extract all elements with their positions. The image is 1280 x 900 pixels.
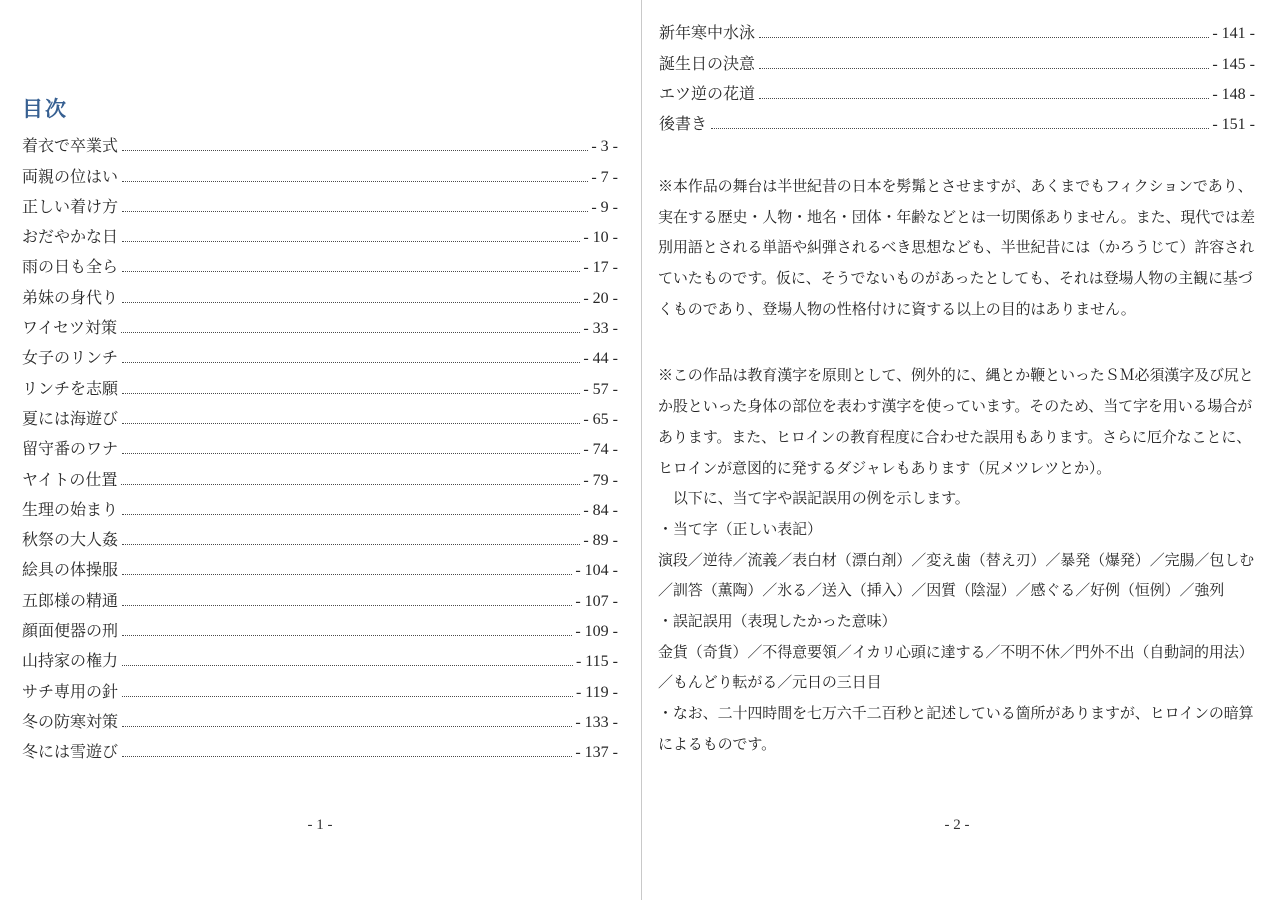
page-divider bbox=[641, 0, 642, 900]
dot-leader bbox=[122, 756, 572, 757]
dot-leader bbox=[121, 484, 580, 485]
dot-leader bbox=[122, 574, 572, 575]
toc-entry[interactable]: 夏には海遊び - 65 - bbox=[22, 399, 618, 429]
toc-entry-title: 着衣で卒業式 bbox=[22, 133, 118, 156]
toc-entry-title: 両親の位はい bbox=[22, 164, 118, 187]
toc-entry-title: 正しい着け方 bbox=[22, 194, 118, 217]
toc-entry[interactable]: おだやかな日 - 10 - bbox=[22, 217, 618, 247]
toc-entry-page: - 151 - bbox=[1212, 116, 1255, 134]
toc-entry-page: - 109 - bbox=[575, 623, 618, 641]
toc-entry-title: 留守番のワナ bbox=[22, 436, 118, 459]
toc-entry-title: サチ専用の針 bbox=[22, 679, 118, 702]
toc-entry-page: - 119 - bbox=[576, 684, 618, 702]
author-notes: ※本作品の舞台は半世紀昔の日本を髣髴とさせますが、あくまでもフィクションであり、… bbox=[658, 172, 1258, 760]
toc-list-right: 新年寒中水泳 - 141 - 誕生日の決意 - 145 - エツ逆の花道 - 1… bbox=[659, 13, 1255, 134]
toc-entry-page: - 145 - bbox=[1212, 56, 1255, 74]
dot-leader bbox=[122, 635, 572, 636]
toc-entry[interactable]: 冬の防寒対策 - 133 - bbox=[22, 702, 618, 732]
toc-entry-page: - 10 - bbox=[583, 229, 618, 247]
dot-leader bbox=[122, 211, 588, 212]
toc-entry-title: 秋祭の大人姦 bbox=[22, 527, 118, 550]
toc-entry[interactable]: 冬には雪遊び - 137 - bbox=[22, 732, 618, 762]
toc-entry-page: - 104 - bbox=[575, 562, 618, 580]
toc-entry-title: 冬には雪遊び bbox=[22, 739, 118, 762]
toc-entry[interactable]: 誕生日の決意 - 145 - bbox=[659, 43, 1255, 73]
dot-leader bbox=[759, 68, 1209, 69]
toc-entry[interactable]: ヤイトの仕置 - 79 - bbox=[22, 459, 618, 489]
toc-entry[interactable]: 着衣で卒業式 - 3 - bbox=[22, 126, 618, 156]
toc-entry[interactable]: 顔面便器の刑 - 109 - bbox=[22, 611, 618, 641]
toc-entry[interactable]: 女子のリンチ - 44 - bbox=[22, 338, 618, 368]
toc-entry-page: - 115 - bbox=[576, 653, 618, 671]
toc-heading: 目次 bbox=[22, 93, 68, 123]
dot-leader bbox=[122, 150, 588, 151]
toc-entry-page: - 3 - bbox=[591, 138, 618, 156]
dot-leader bbox=[122, 696, 573, 697]
toc-entry-page: - 44 - bbox=[583, 350, 618, 368]
toc-entry-title: 後書き bbox=[659, 111, 707, 134]
dot-leader bbox=[122, 726, 572, 727]
dot-leader bbox=[122, 271, 580, 272]
dot-leader bbox=[122, 393, 580, 394]
note-line: 演段／逆待／流義／表白材（漂白剤）／変え歯（替え刃）／暴発（爆発）／完腸／包しむ bbox=[658, 546, 1258, 577]
toc-entry-page: - 57 - bbox=[583, 381, 618, 399]
note-line: ・誤記誤用（表現したかった意味） bbox=[658, 607, 1258, 638]
dot-leader bbox=[122, 423, 580, 424]
note-line: ／もんどり転がる／元日の三日目 bbox=[658, 668, 1258, 699]
toc-entry[interactable]: ワイセツ対策 - 33 - bbox=[22, 308, 618, 338]
toc-entry[interactable]: エツ逆の花道 - 148 - bbox=[659, 74, 1255, 104]
toc-entry-title: 冬の防寒対策 bbox=[22, 709, 118, 732]
note-line: 金貨（奇貨）／不得意要領／イカリ心頭に達する／不明不休／門外不出（自動詞的用法） bbox=[658, 638, 1258, 669]
note-line: か股といった身体の部位を表わす漢字を使っています。そのため、当て字を用いる場合が bbox=[658, 392, 1258, 423]
note-line: 以下に、当て字や誤記誤用の例を示します。 bbox=[658, 484, 1258, 515]
toc-entry[interactable]: 留守番のワナ - 74 - bbox=[22, 429, 618, 459]
toc-entry[interactable]: 絵具の体操服 - 104 - bbox=[22, 550, 618, 580]
toc-entry-title: ワイセツ対策 bbox=[22, 315, 117, 338]
toc-entry-page: - 133 - bbox=[575, 714, 618, 732]
toc-entry-title: 五郎様の精通 bbox=[22, 588, 118, 611]
note-line: ヒロインが意図的に発するダジャレもあります（尻メツレツとか）。 bbox=[658, 454, 1258, 485]
toc-entry-page: - 148 - bbox=[1212, 86, 1255, 104]
toc-entry-page: - 33 - bbox=[583, 320, 618, 338]
toc-entry-page: - 141 - bbox=[1212, 25, 1255, 43]
toc-entry-page: - 20 - bbox=[583, 290, 618, 308]
toc-entry-title: おだやかな日 bbox=[22, 224, 118, 247]
toc-entry[interactable]: 生理の始まり - 84 - bbox=[22, 490, 618, 520]
toc-entry-title: 夏には海遊び bbox=[22, 406, 118, 429]
toc-entry[interactable]: サチ専用の針 - 119 - bbox=[22, 671, 618, 701]
note-line: くものであり、登場人物の性格付けに資する以上の目的はありません。 bbox=[658, 295, 1258, 326]
toc-entry[interactable]: 正しい着け方 - 9 - bbox=[22, 187, 618, 217]
page-1-number: - 1 - bbox=[22, 817, 618, 834]
note-line: ／訓答（薫陶）／氷る／送入（挿入）／因質（陰湿）／感ぐる／好例（恒例）／強列 bbox=[658, 576, 1258, 607]
toc-entry[interactable]: 両親の位はい - 7 - bbox=[22, 156, 618, 186]
note-line: ※本作品の舞台は半世紀昔の日本を髣髴とさせますが、あくまでもフィクションであり、 bbox=[658, 172, 1258, 203]
dot-leader bbox=[122, 241, 580, 242]
toc-entry[interactable]: リンチを志願 - 57 - bbox=[22, 368, 618, 398]
note-paragraph: ※本作品の舞台は半世紀昔の日本を髣髴とさせますが、あくまでもフィクションであり、… bbox=[658, 172, 1258, 325]
dot-leader bbox=[122, 544, 580, 545]
toc-entry[interactable]: 五郎様の精通 - 107 - bbox=[22, 580, 618, 610]
toc-entry-page: - 65 - bbox=[583, 411, 618, 429]
dot-leader bbox=[122, 302, 580, 303]
dot-leader bbox=[122, 453, 580, 454]
dot-leader bbox=[122, 514, 580, 515]
note-line: によるものです。 bbox=[658, 730, 1258, 761]
note-paragraph: ※この作品は教育漢字を原則として、例外的に、縄とか鞭といったＳＭ必須漢字及び尻と… bbox=[658, 361, 1258, 760]
toc-entry-page: - 84 - bbox=[583, 502, 618, 520]
note-line: 実在する歴史・人物・地名・団体・年齢などとは一切関係ありません。また、現代では差 bbox=[658, 203, 1258, 234]
toc-entry-title: リンチを志願 bbox=[22, 376, 118, 399]
dot-leader bbox=[121, 332, 580, 333]
toc-entry-page: - 74 - bbox=[583, 441, 618, 459]
toc-entry-page: - 9 - bbox=[591, 199, 618, 217]
dot-leader bbox=[122, 362, 580, 363]
toc-entry[interactable]: 雨の日も全ら - 17 - bbox=[22, 247, 618, 277]
note-line: ・なお、二十四時間を七万六千二百秒と記述している箇所がありますが、ヒロインの暗算 bbox=[658, 699, 1258, 730]
toc-entry-title: 絵具の体操服 bbox=[22, 557, 118, 580]
dot-leader bbox=[759, 98, 1209, 99]
note-line: ていたものです。仮に、そうでないものがあったとしても、それは登場人物の主観に基づ bbox=[658, 264, 1258, 295]
toc-entry-page: - 107 - bbox=[575, 593, 618, 611]
toc-entry-title: 雨の日も全ら bbox=[22, 254, 118, 277]
toc-entry[interactable]: 後書き - 151 - bbox=[659, 104, 1255, 134]
toc-entry-page: - 89 - bbox=[583, 532, 618, 550]
dot-leader bbox=[122, 605, 572, 606]
toc-entry-title: 誕生日の決意 bbox=[659, 51, 755, 74]
toc-entry[interactable]: 山持家の権力 - 115 - bbox=[22, 641, 618, 671]
toc-entry-title: ヤイトの仕置 bbox=[22, 467, 117, 490]
toc-entry-title: 山持家の権力 bbox=[22, 648, 118, 671]
toc-entry-page: - 79 - bbox=[583, 472, 618, 490]
toc-entry-title: 新年寒中水泳 bbox=[659, 20, 755, 43]
toc-entry-title: 弟妹の身代り bbox=[22, 285, 118, 308]
toc-entry[interactable]: 弟妹の身代り - 20 - bbox=[22, 277, 618, 307]
note-line: ※この作品は教育漢字を原則として、例外的に、縄とか鞭といったＳＭ必須漢字及び尻と bbox=[658, 361, 1258, 392]
toc-entry-page: - 7 - bbox=[591, 169, 618, 187]
toc-entry-page: - 17 - bbox=[583, 259, 618, 277]
toc-entry-title: エツ逆の花道 bbox=[659, 81, 755, 104]
toc-entry[interactable]: 新年寒中水泳 - 141 - bbox=[659, 13, 1255, 43]
dot-leader bbox=[759, 37, 1209, 38]
page-2-number: - 2 - bbox=[659, 817, 1255, 834]
toc-entry[interactable]: 秋祭の大人姦 - 89 - bbox=[22, 520, 618, 550]
dot-leader bbox=[711, 128, 1209, 129]
note-line: あります。また、ヒロインの教育程度に合わせた誤用もあります。さらに厄介なことに、 bbox=[658, 423, 1258, 454]
dot-leader bbox=[122, 181, 588, 182]
toc-entry-page: - 137 - bbox=[575, 744, 618, 762]
note-line: 別用語とされる単語や糾弾されるべき思想なども、半世紀昔には（かろうじて）許容され bbox=[658, 233, 1258, 264]
toc-entry-title: 顔面便器の刑 bbox=[22, 618, 118, 641]
toc-entry-title: 生理の始まり bbox=[22, 497, 118, 520]
note-line: ・当て字（正しい表記） bbox=[658, 515, 1258, 546]
toc-entry-title: 女子のリンチ bbox=[22, 345, 118, 368]
toc-list-left: 着衣で卒業式 - 3 - 両親の位はい - 7 - 正しい着け方 - 9 - お… bbox=[22, 126, 618, 762]
dot-leader bbox=[122, 665, 573, 666]
